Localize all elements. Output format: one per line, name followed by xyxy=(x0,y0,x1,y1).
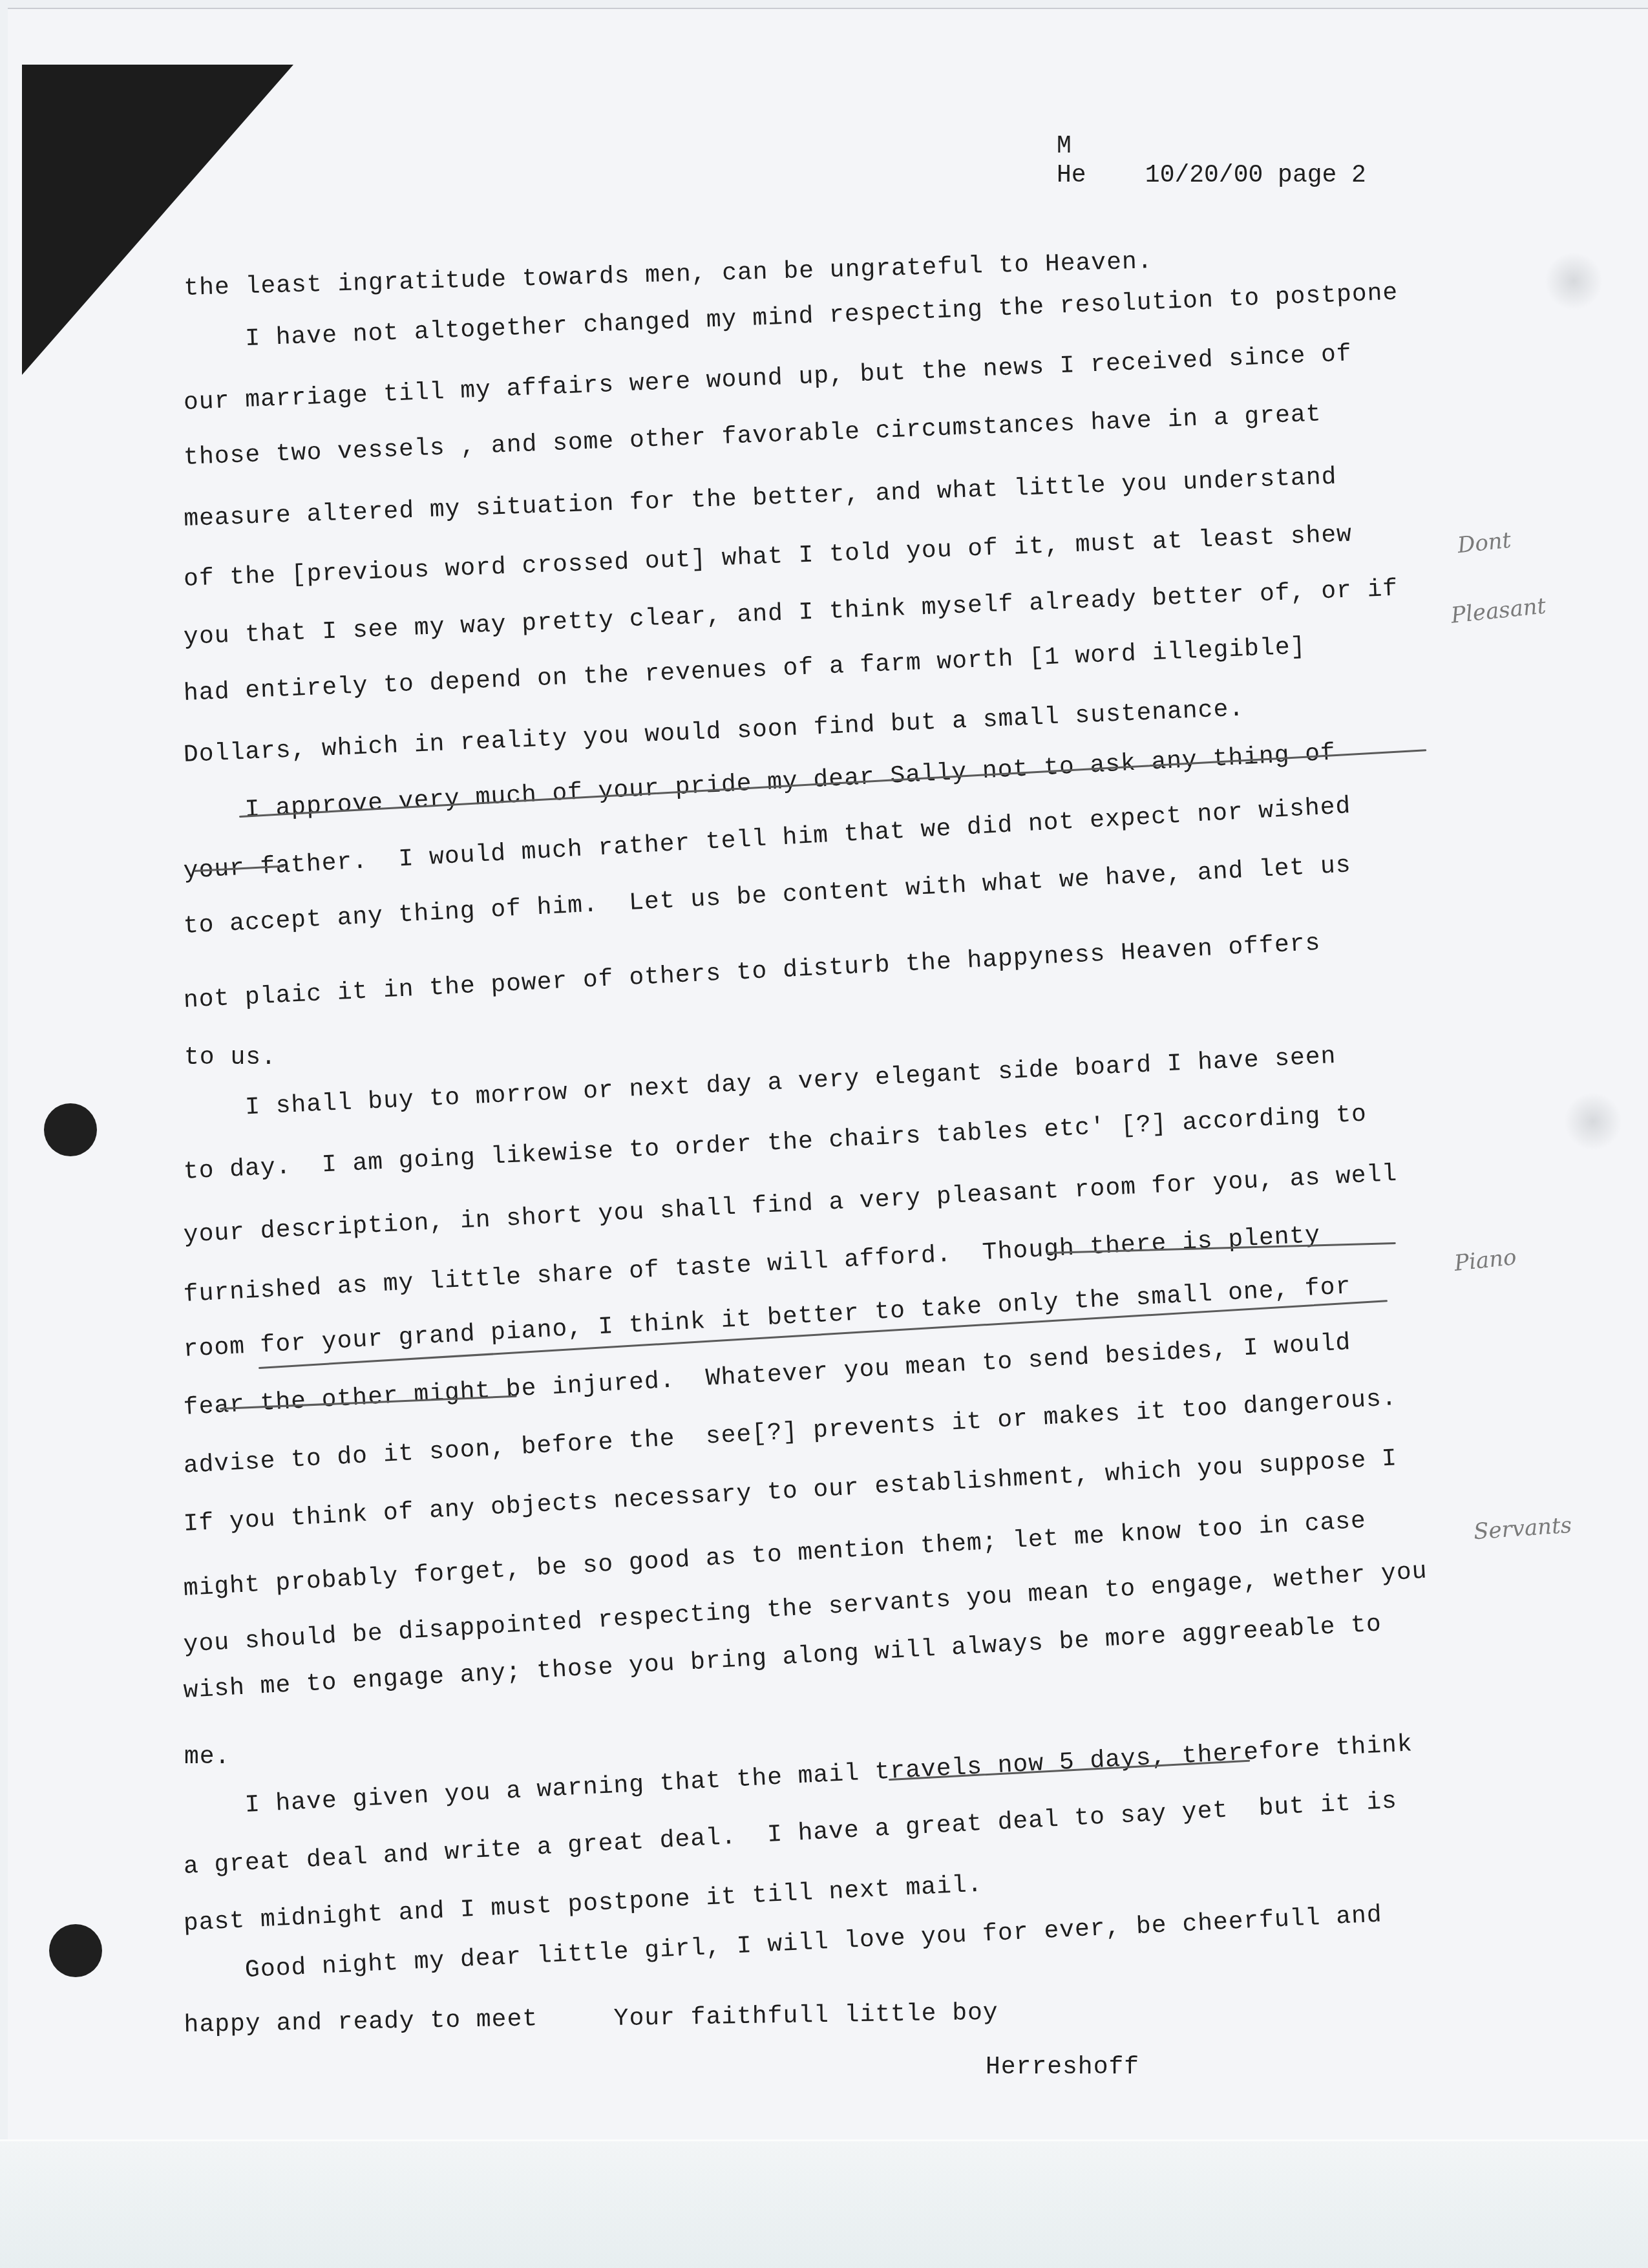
signature: Herreshoff xyxy=(986,2055,1139,2080)
punch-hole-upper xyxy=(44,1103,97,1156)
letter-line: me. xyxy=(184,1745,230,1770)
letter-line: happy and ready to meet xyxy=(184,2007,538,2038)
closing: Your faithfull little boy xyxy=(613,2001,998,2031)
page-header: He 10/20/00 page 2 xyxy=(1057,162,1366,189)
header-page-label: page 2 xyxy=(1278,162,1366,189)
bleed-through-hole-mark xyxy=(1564,1092,1622,1150)
letter-line: to us. xyxy=(184,1046,277,1070)
header-initials: He xyxy=(1057,162,1086,189)
punch-hole-lower xyxy=(49,1924,102,1977)
header-mark: M xyxy=(1057,132,1072,160)
scanner-bed xyxy=(0,2139,1648,2268)
bleed-through-hole-mark xyxy=(1545,252,1603,310)
header-date: 10/20/00 xyxy=(1145,162,1263,189)
